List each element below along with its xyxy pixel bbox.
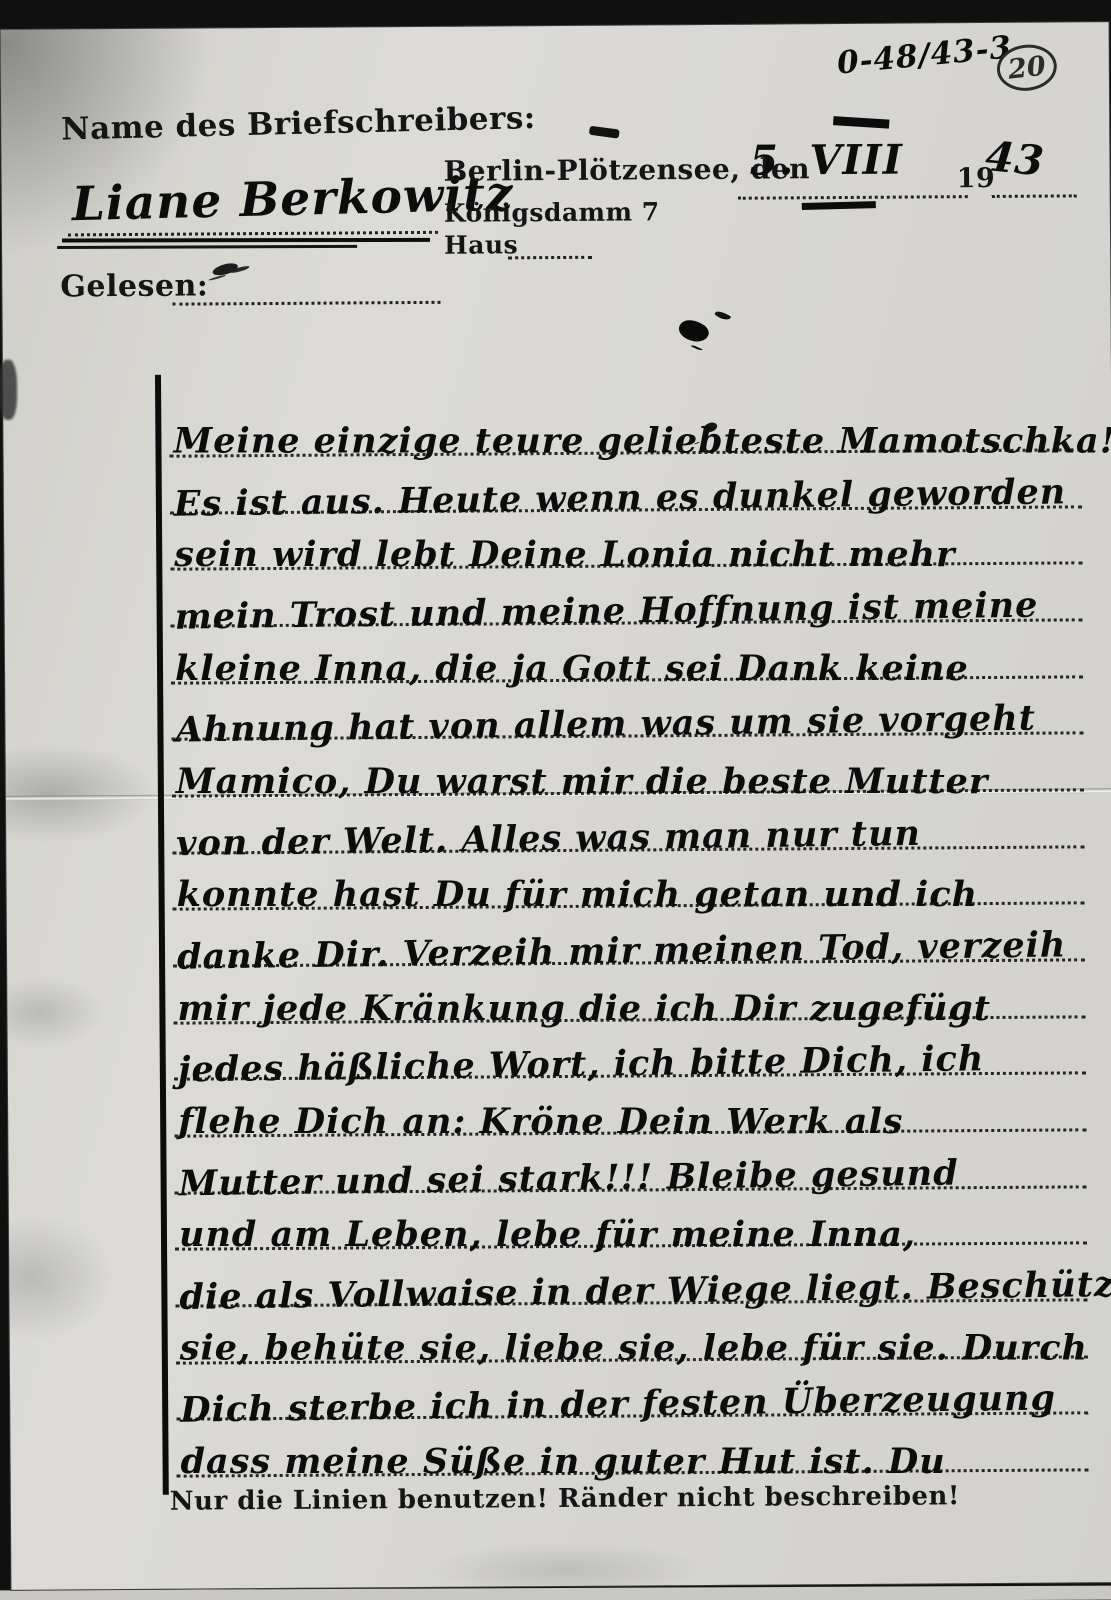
signature-underline-second [57, 245, 357, 249]
letter-line: dass meine Süße in guter Hut ist. Du [176, 1410, 1088, 1477]
stray-ink-dash [833, 116, 889, 128]
date-underline-stroke [802, 201, 876, 210]
edge-smudge [0, 360, 17, 420]
house-dotted-line [508, 230, 592, 260]
sender-name-label: Name des Briefschreibers: [61, 100, 536, 148]
page-number-text: 20 [1006, 50, 1047, 85]
form-footer-instruction: Nur die Linien benutzen! Ränder nicht be… [11, 1480, 1111, 1518]
street-address: Königsdamm 7 [444, 197, 660, 228]
letter-form-page: 0-48/43-3 20 Name des Briefschreibers: L… [1, 22, 1111, 1590]
archive-reference-number: 0-48/43-3 [835, 29, 1013, 81]
stray-ink-mark [589, 126, 620, 139]
left-margin-rule [155, 375, 169, 1495]
handwritten-date: 5. VIII [749, 136, 903, 185]
ink-splatter [676, 316, 712, 347]
letter-line-text: dass meine Süße in guter Hut ist. Du [181, 1444, 946, 1479]
read-dotted-line [172, 265, 440, 306]
signature-underline [62, 238, 430, 243]
handwritten-year: 43 [983, 132, 1046, 186]
scanned-letter-photo: 0-48/43-3 20 Name des Briefschreibers: L… [0, 0, 1111, 1600]
